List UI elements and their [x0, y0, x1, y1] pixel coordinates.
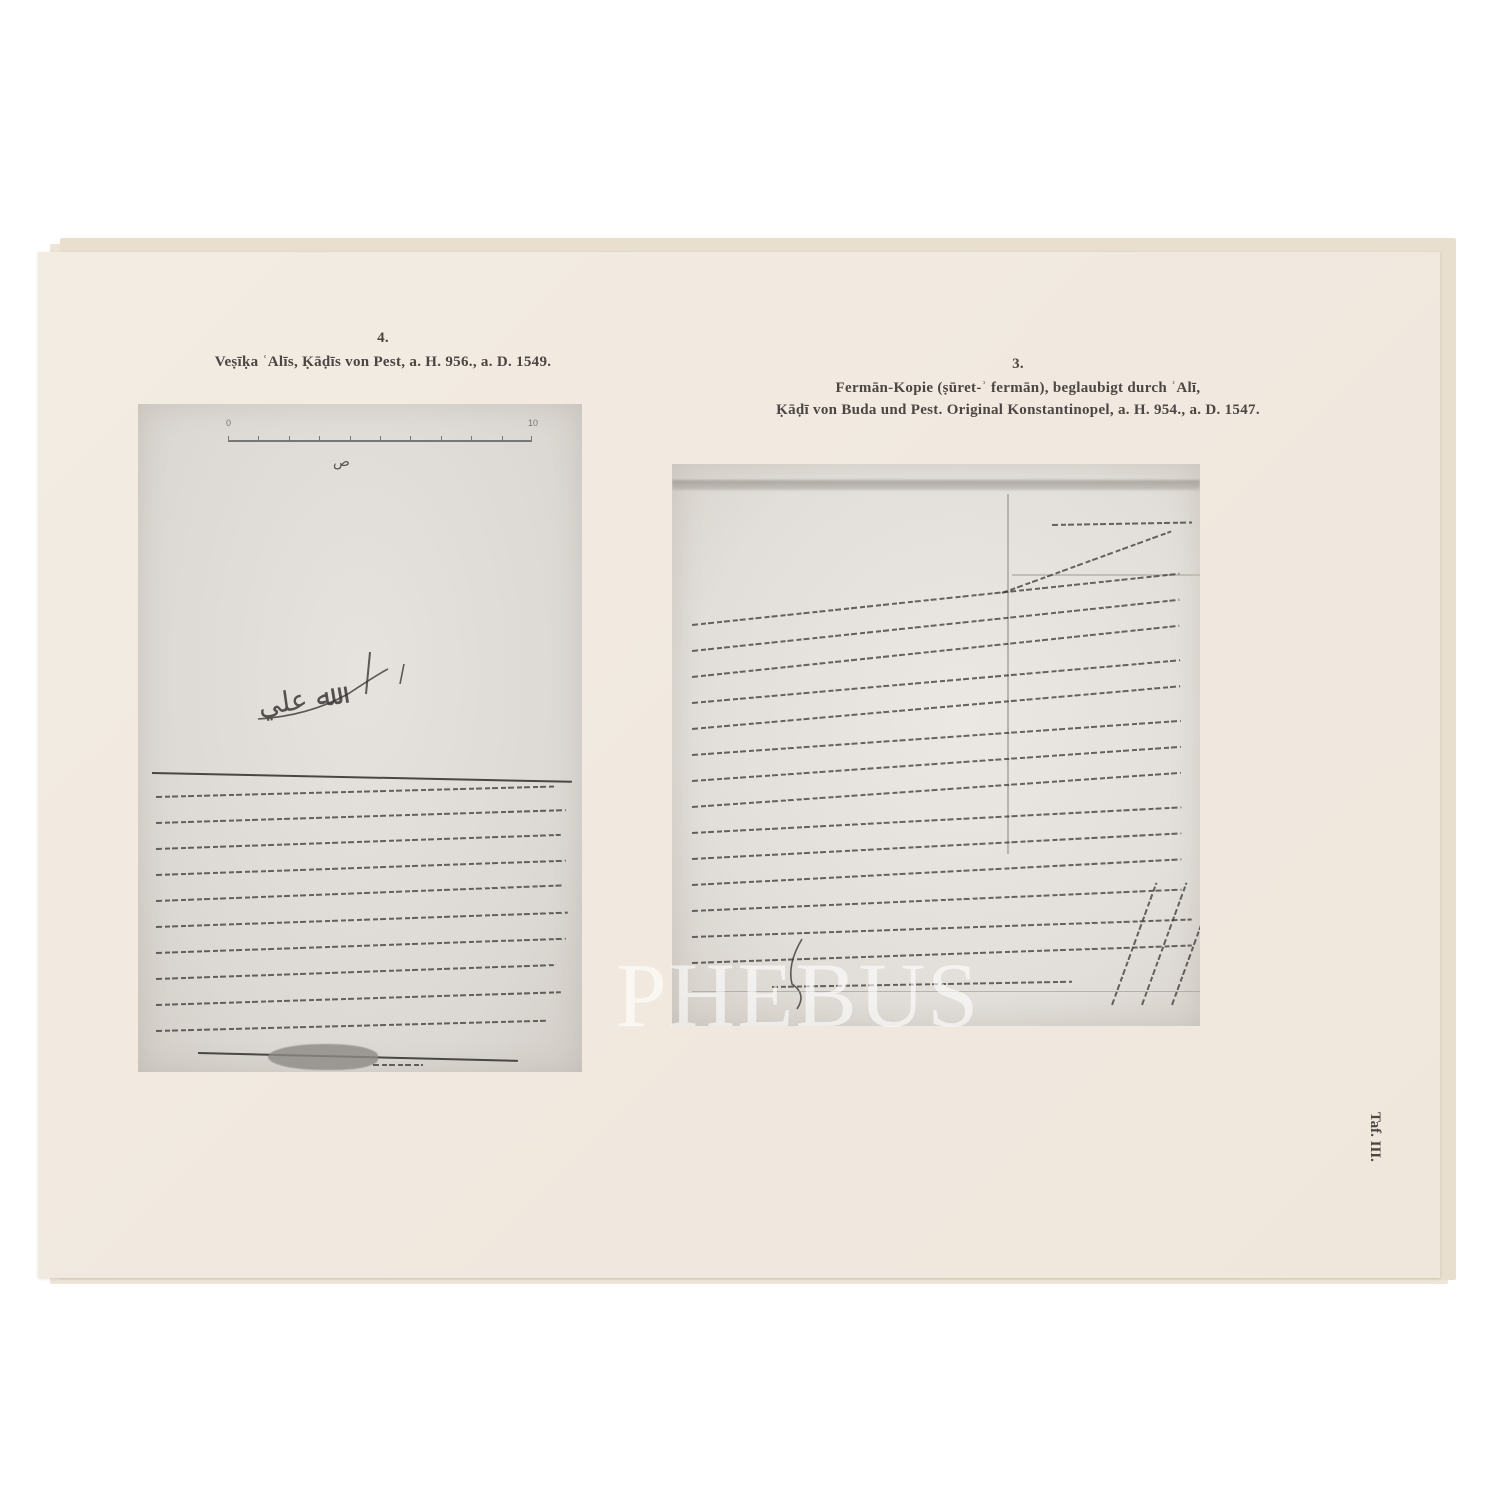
- scale-end-label: 10: [528, 418, 538, 428]
- top-mark: ص: [333, 454, 350, 470]
- signature-mark: [772, 934, 832, 1014]
- scale-start-label: 0: [226, 418, 231, 428]
- header-rule: [152, 772, 572, 782]
- left-document-photo: 0 10 ص ﷲ ﻋﻠﻲ: [138, 404, 582, 1072]
- right-document-number: 3.: [628, 354, 1408, 376]
- right-document-title-line2: Ḳāḍī von Buda und Pest. Original Konstan…: [628, 400, 1408, 422]
- torn-top-edge: [672, 480, 1200, 490]
- seal-stamp: [268, 1044, 378, 1070]
- left-document-title: Veṣīḳa ʿAlīs, Ḳāḍīs von Pest, a. H. 956.…: [215, 354, 552, 370]
- right-document-title-line1: Fermān-Kopie (ṣūret-ʾ fermān), beglaubig…: [628, 378, 1408, 400]
- right-document-caption: 3. Fermān-Kopie (ṣūret-ʾ fermān), beglau…: [628, 354, 1408, 421]
- plate-page: 4. Veṣīḳa ʿAlīs, Ḳāḍīs von Pest, a. H. 9…: [38, 252, 1440, 1278]
- left-document-number: 4.: [143, 328, 623, 350]
- calligraphy-flourish: [238, 624, 438, 734]
- left-document-caption: 4. Veṣīḳa ʿAlīs, Ḳāḍīs von Pest, a. H. 9…: [143, 328, 623, 374]
- marginal-note: [1111, 882, 1157, 1005]
- plate-number-label: Taf. III.: [1366, 1112, 1383, 1162]
- right-document-photo: [672, 464, 1200, 1026]
- header-annotation: [1052, 522, 1192, 526]
- scale-bar: 0 10: [228, 428, 532, 444]
